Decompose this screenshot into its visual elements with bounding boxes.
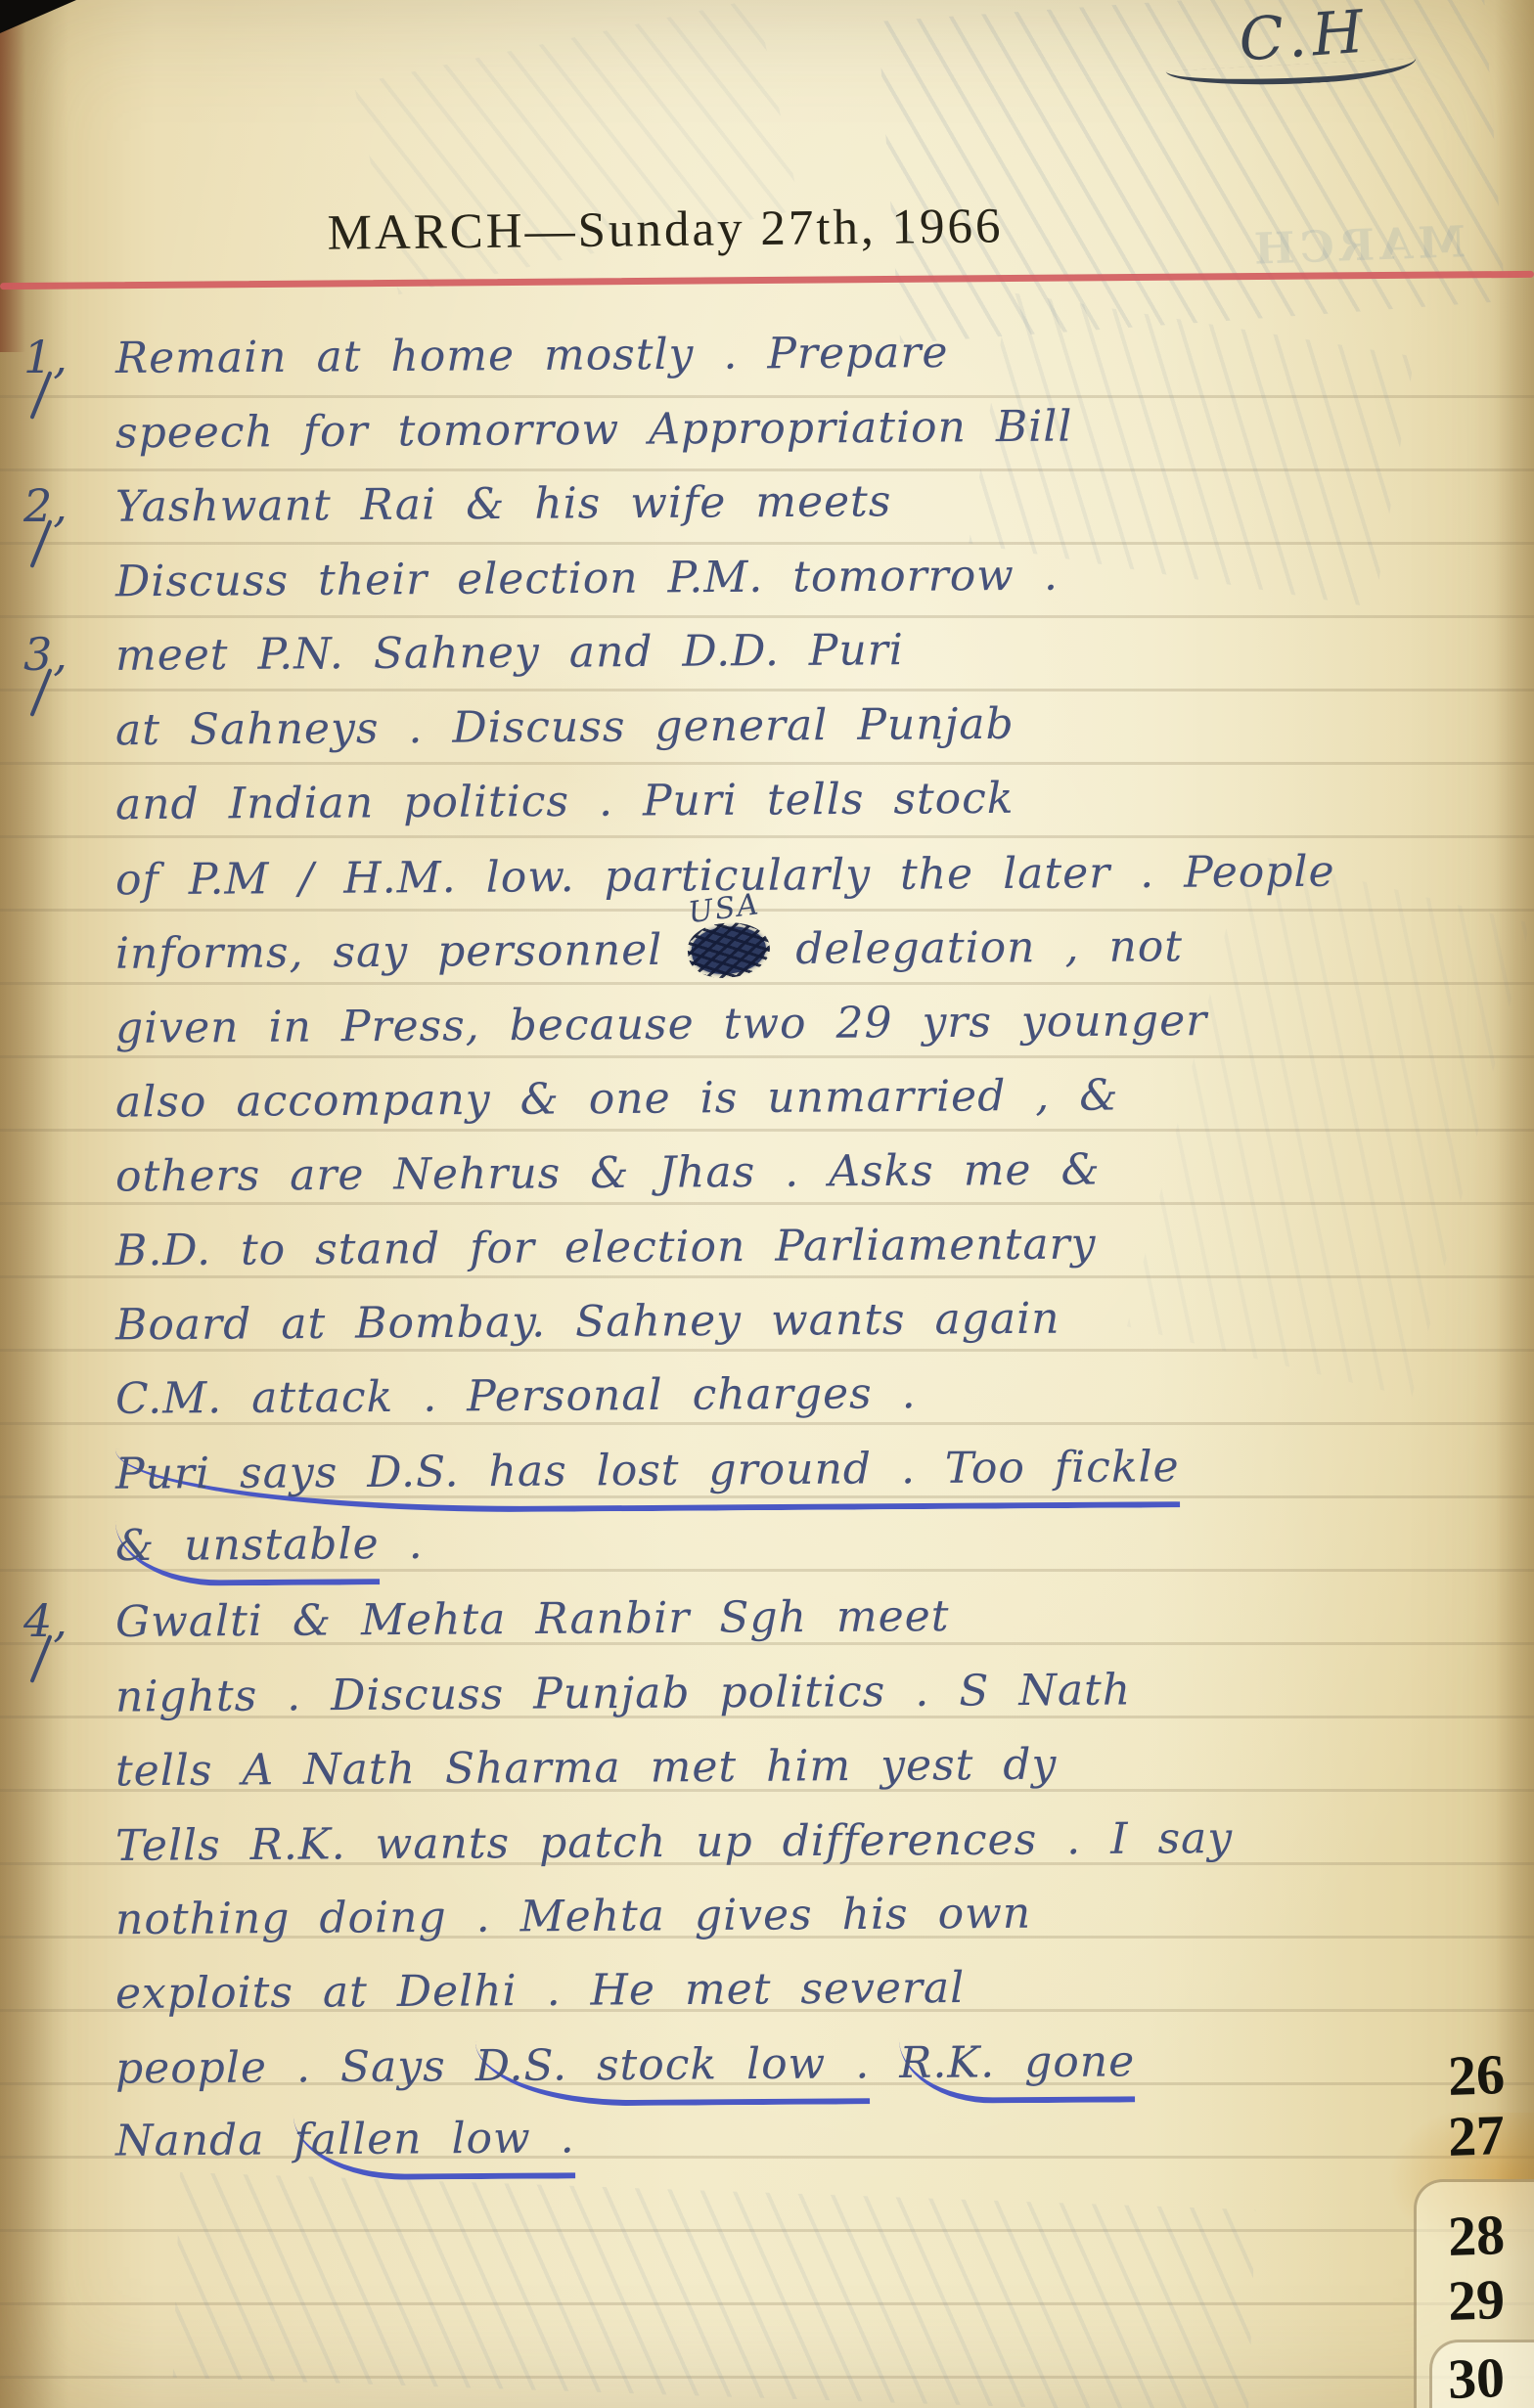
handwritten-text: Yashwant Rai & his wife meets bbox=[115, 476, 892, 532]
text-segment: at Sahneys . Discuss general Punjab bbox=[115, 699, 1015, 761]
handwritten-line: nothing doing . Mehta gives his own bbox=[0, 1892, 1514, 1966]
date-tab-26: 26 bbox=[1431, 2040, 1521, 2109]
handwritten-text: C.M. attack . Personal charges . bbox=[115, 1368, 917, 1424]
handwritten-line: Puri says D.S. has lost ground . Too fic… bbox=[0, 1446, 1514, 1520]
handwritten-text: Gwalti & Mehta Ranbir Sgh meet bbox=[115, 1591, 950, 1647]
diary-page-scan: MARCH C.H MARCH—Sunday 27th, 1966 1,Rema… bbox=[0, 0, 1534, 2408]
text-segment: informs, say personnel bbox=[115, 925, 693, 985]
handwritten-text: speech for tomorrow Appropriation Bill bbox=[115, 402, 1073, 459]
underlined-phrase: D.S. stock low . bbox=[475, 2038, 871, 2107]
handwritten-text: nothing doing . Mehta gives his own bbox=[115, 1889, 1031, 1945]
handwritten-line: given in Press, because two 29 yrs young… bbox=[0, 1000, 1514, 1074]
date-tab-29: 29 bbox=[1431, 2265, 1521, 2334]
text-segment: tells A Nath Sharma met him yest dy bbox=[115, 1740, 1058, 1803]
handwritten-line: C.M. attack . Personal charges . bbox=[0, 1371, 1514, 1446]
text-segment: speech for tomorrow Appropriation Bill bbox=[115, 402, 1073, 465]
text-segment: nights . Discuss Punjab politics . S Nat… bbox=[115, 1665, 1131, 1727]
text-segment: delegation , not bbox=[766, 921, 1183, 980]
underlined-phrase: fallen low . bbox=[293, 2113, 575, 2180]
text-segment: others are Nehrus & Jhas . Asks me & bbox=[115, 1144, 1101, 1207]
handwritten-line: 4,Gwalti & Mehta Ranbir Sgh meet bbox=[0, 1594, 1514, 1669]
text-segment: nothing doing . Mehta gives his own bbox=[115, 1889, 1031, 1951]
handwritten-text: nights . Discuss Punjab politics . S Nat… bbox=[115, 1665, 1131, 1721]
handwritten-line: at Sahneys . Discuss general Punjab bbox=[0, 702, 1514, 777]
handwritten-text: exploits at Delhi . He met several bbox=[115, 1963, 966, 2019]
handwritten-line: speech for tomorrow Appropriation Bill bbox=[0, 405, 1514, 479]
handwritten-line: 3,meet P.N. Sahney and D.D. Puri bbox=[0, 628, 1514, 702]
underlined-phrase: & unstable bbox=[115, 1519, 380, 1586]
text-segment: Gwalti & Mehta Ranbir Sgh meet bbox=[115, 1591, 950, 1653]
handwritten-text: tells A Nath Sharma met him yest dy bbox=[115, 1740, 1058, 1797]
handwritten-line: & unstable . bbox=[0, 1520, 1514, 1594]
text-segment: exploits at Delhi . He met several bbox=[115, 1963, 966, 2025]
text-segment: also accompany & one is unmarried , & bbox=[115, 1070, 1119, 1133]
handwritten-line: B.D. to stand for election Parliamentary bbox=[0, 1223, 1514, 1297]
handwritten-text: given in Press, because two 29 yrs young… bbox=[115, 996, 1208, 1053]
handwritten-text: Board at Bombay. Sahney wants again bbox=[115, 1294, 1060, 1351]
entry-lines: 1,Remain at home mostly . Preparespeech … bbox=[0, 331, 1514, 2189]
text-segment: Discuss their election P.M. tomorrow . bbox=[115, 551, 1059, 613]
handwritten-line: nights . Discuss Punjab politics . S Nat… bbox=[0, 1669, 1514, 1743]
handwritten-text: Remain at home mostly . Prepare bbox=[115, 328, 949, 383]
handwritten-text: meet P.N. Sahney and D.D. Puri bbox=[115, 625, 904, 681]
bleed-through-header-text: MARCH bbox=[1248, 217, 1466, 275]
text-segment: Tells R.K. wants patch up differences . … bbox=[115, 1813, 1234, 1877]
handwritten-line: 1,Remain at home mostly . Prepare bbox=[0, 331, 1514, 405]
handwritten-line: Board at Bombay. Sahney wants again bbox=[0, 1297, 1514, 1371]
date-tab-30: 30 bbox=[1431, 2343, 1521, 2408]
margin-item-number: 3, bbox=[23, 628, 68, 681]
handwritten-line: Discuss their election P.M. tomorrow . bbox=[0, 554, 1514, 628]
margin-item-number: 1, bbox=[23, 331, 68, 383]
handwritten-text: Tells R.K. wants patch up differences . … bbox=[115, 1813, 1234, 1871]
date-tab-27: 27 bbox=[1431, 2101, 1521, 2169]
text-segment bbox=[870, 2038, 899, 2094]
handwritten-text: Discuss their election P.M. tomorrow . bbox=[115, 551, 1059, 607]
text-segment: C.M. attack . Personal charges . bbox=[115, 1368, 917, 1430]
handwritten-text: people . Says D.S. stock low . R.K. gone bbox=[115, 2036, 1136, 2093]
underlined-phrase: R.K. gone bbox=[899, 2036, 1135, 2104]
handwritten-text: B.D. to stand for election Parliamentary bbox=[115, 1220, 1097, 1276]
handwritten-text: Nanda fallen low . bbox=[115, 2113, 575, 2165]
struck-out-word: USA bbox=[689, 922, 769, 978]
underlined-phrase: Puri says D.S. has lost ground . Too fic… bbox=[115, 1442, 1180, 1515]
handwritten-text: informs, say personnel USA delegation , … bbox=[115, 921, 1183, 979]
text-segment: and Indian politics . Puri tells stock bbox=[115, 774, 1015, 835]
handwritten-text: Puri says D.S. has lost ground . Too fic… bbox=[115, 1442, 1180, 1499]
handwritten-line: tells A Nath Sharma met him yest dy bbox=[0, 1743, 1514, 1817]
handwritten-line: also accompany & one is unmarried , & bbox=[0, 1074, 1514, 1148]
handwritten-line: people . Says D.S. stock low . R.K. gone bbox=[0, 2040, 1514, 2115]
text-segment: Board at Bombay. Sahney wants again bbox=[115, 1294, 1060, 1357]
text-segment: Remain at home mostly . Prepare bbox=[115, 328, 949, 389]
handwritten-line: Tells R.K. wants patch up differences . … bbox=[0, 1817, 1514, 1892]
text-segment: . bbox=[379, 1519, 423, 1575]
handwritten-line: others are Nehrus & Jhas . Asks me & bbox=[0, 1148, 1514, 1223]
handwritten-line: and Indian politics . Puri tells stock bbox=[0, 777, 1514, 851]
text-segment: people . Says bbox=[115, 2041, 475, 2100]
date-tab-28: 28 bbox=[1431, 2201, 1521, 2269]
text-segment: given in Press, because two 29 yrs young… bbox=[115, 996, 1208, 1059]
handwritten-text: at Sahneys . Discuss general Punjab bbox=[115, 699, 1015, 755]
text-segment: B.D. to stand for election Parliamentary bbox=[115, 1220, 1097, 1282]
margin-item-number: 2, bbox=[23, 479, 68, 532]
handwritten-line: 2,Yashwant Rai & his wife meets bbox=[0, 479, 1514, 554]
handwritten-line: exploits at Delhi . He met several bbox=[0, 1966, 1514, 2040]
handwritten-line: informs, say personnel USA delegation , … bbox=[0, 925, 1514, 1000]
page-title: MARCH—Sunday 27th, 1966 bbox=[127, 196, 1204, 264]
text-segment: meet P.N. Sahney and D.D. Puri bbox=[115, 625, 904, 687]
handwritten-line: Nanda fallen low . bbox=[0, 2115, 1514, 2189]
handwritten-text: & unstable . bbox=[115, 1519, 424, 1571]
handwritten-text: and Indian politics . Puri tells stock bbox=[115, 774, 1015, 829]
header-rule bbox=[0, 271, 1534, 290]
margin-item-number: 4, bbox=[23, 1594, 68, 1647]
text-segment: Yashwant Rai & his wife meets bbox=[115, 476, 892, 538]
handwritten-text: also accompany & one is unmarried , & bbox=[115, 1070, 1119, 1127]
handwritten-text: others are Nehrus & Jhas . Asks me & bbox=[115, 1144, 1101, 1201]
text-segment: Nanda bbox=[115, 2115, 294, 2171]
bleed-through-marks bbox=[173, 2172, 1256, 2408]
